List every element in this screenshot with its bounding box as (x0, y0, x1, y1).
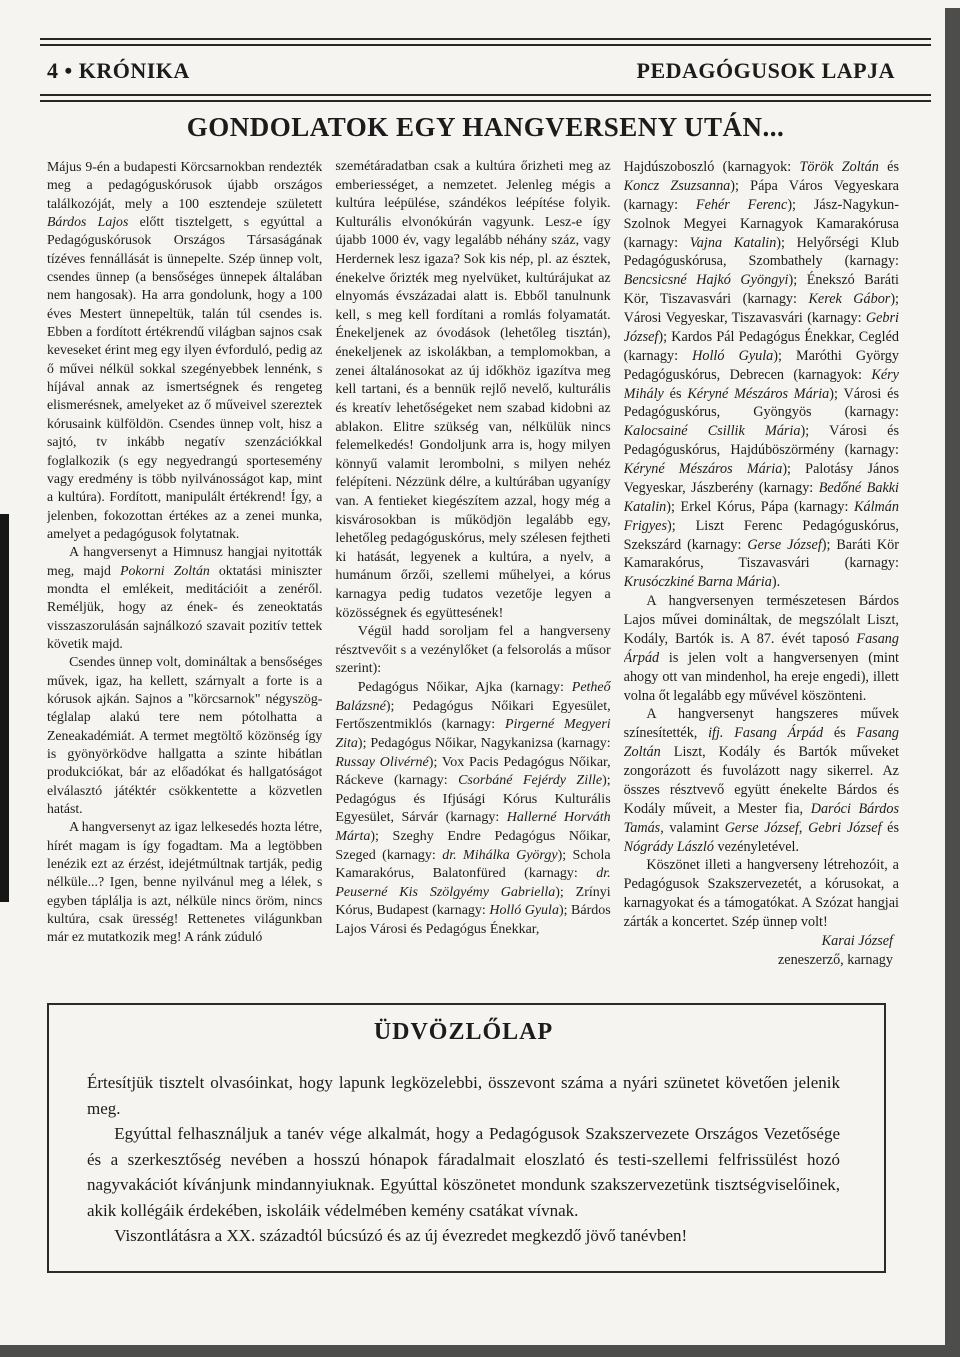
masthead-title: PEDAGÓGUSOK LAPJA (637, 58, 895, 84)
paragraph: zeneszerző, karnagy (624, 951, 899, 970)
section-label: 4 • KRÓNIKA (47, 58, 190, 84)
paragraph: A hangversenyen természetesen Bárdos Laj… (624, 592, 899, 705)
scan-artifact-bottom-bar (0, 1345, 945, 1357)
article-title: GONDOLATOK EGY HANGVERSENY UTÁN... (40, 112, 931, 143)
notice-body: Értesítjük tisztelt olvasóinkat, hogy la… (87, 1070, 840, 1266)
paragraph: A hangversenyt hangszeres művek színesít… (624, 705, 899, 856)
paragraph: A hangversenyt a Himnusz hangjai nyitott… (47, 543, 322, 653)
paragraph: Pedagógus Nőikar, Ajka (karnagy: Petheő … (335, 679, 610, 940)
notice-title: ÜDVÖZLŐLAP (87, 1019, 840, 1046)
scan-artifact-right-bar (945, 8, 960, 1357)
page-header: 4 • KRÓNIKA PEDAGÓGUSOK LAPJA (40, 38, 931, 102)
header-top-rule (40, 38, 931, 46)
article-column-2: szemétáradatban csak a kultúra őrizheti … (335, 158, 610, 986)
paragraph: Hajdúszoboszló (karnagyok: Török Zoltán … (624, 158, 899, 592)
paragraph: szemétáradatban csak a kultúra őrizheti … (335, 158, 610, 623)
paragraph: A hangversenyt az igaz lelkesedés hozta … (47, 818, 322, 946)
article-column-3: Hajdúszoboszló (karnagyok: Török Zoltán … (624, 158, 899, 986)
header-row: 4 • KRÓNIKA PEDAGÓGUSOK LAPJA (40, 46, 931, 94)
paragraph: Végül hadd soroljam fel a hangverseny ré… (335, 623, 610, 679)
paragraph: Köszönet illeti a hangverseny létrehozói… (624, 856, 899, 932)
header-bottom-rule (40, 94, 931, 102)
paragraph: Egyúttal felhasználjuk a tanév vége alka… (87, 1121, 840, 1223)
greeting-card-box: ÜDVÖZLŐLAP Értesítjük tisztelt olvasóink… (47, 1003, 886, 1273)
paragraph: Karai József (624, 932, 899, 951)
scan-artifact-left-bar (0, 514, 9, 902)
paragraph: Viszontlátásra a XX. századtól búcsúzó é… (87, 1223, 840, 1249)
paragraph: Május 9-én a budapesti Körcsarnokban ren… (47, 158, 322, 543)
article-column-1: Május 9-én a budapesti Körcsarnokban ren… (47, 158, 322, 986)
article-body: Május 9-én a budapesti Körcsarnokban ren… (47, 158, 899, 986)
paragraph: Értesítjük tisztelt olvasóinkat, hogy la… (87, 1070, 840, 1121)
paragraph: Csendes ünnep volt, domináltak a bensősé… (47, 653, 322, 818)
